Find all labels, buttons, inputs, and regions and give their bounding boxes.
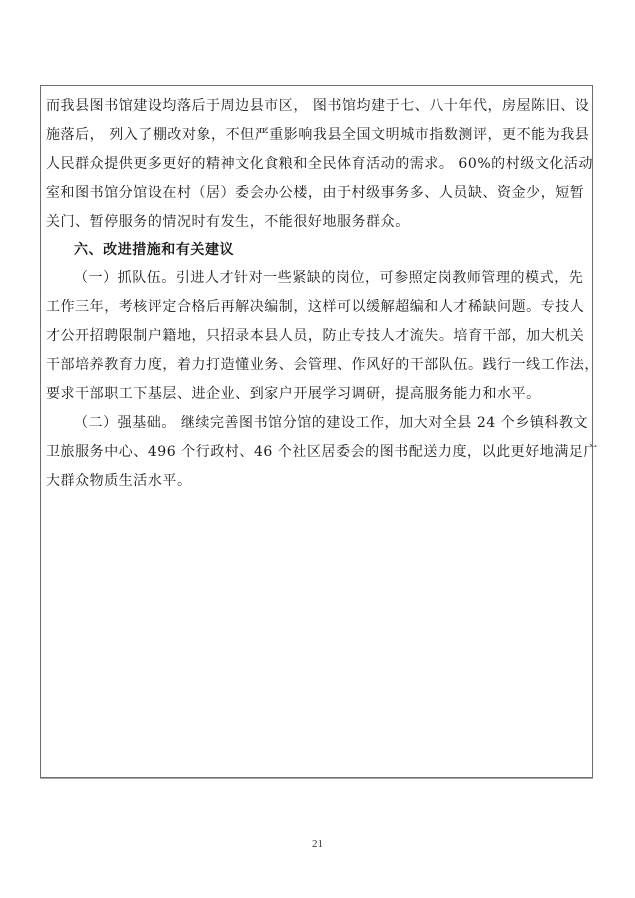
text-line: （二）强基础。 继续完善图书馆分馆的建设工作，加大对全县 24 个乡镇科教文 <box>46 409 591 438</box>
text-line: 才公开招聘限制户籍地，只招录本县人员，防止专技人才流失。培育干部，加大机关 <box>46 322 591 351</box>
text-line: 要求干部职工下基层、进企业、到家户开展学习调研，提高服务能力和水平。 <box>46 380 591 409</box>
text-line: 关门、暂停服务的情况时有发生，不能很好地服务群众。 <box>46 208 591 237</box>
text-line: 大群众物质生活水平。 <box>46 467 591 496</box>
paragraph-2: （二）强基础。 继续完善图书馆分馆的建设工作，加大对全县 24 个乡镇科教文 卫… <box>46 409 591 496</box>
text-line: 人民群众提供更多更好的精神文化食粮和全民体育活动的需求。 60%的村级文化活动 <box>46 150 591 179</box>
text-line: 工作三年，考核评定合格后再解决编制，这样可以缓解超编和人才稀缺问题。专技人 <box>46 293 591 322</box>
document-body: 而我县图书馆建设均落后于周边县市区， 图书馆均建于七、八十年代，房屋陈旧、设 施… <box>46 92 591 496</box>
text-line: 而我县图书馆建设均落后于周边县市区， 图书馆均建于七、八十年代，房屋陈旧、设 <box>46 92 591 121</box>
text-line: 卫旅服务中心、496 个行政村、46 个社区居委会的图书配送力度，以此更好地满足… <box>46 438 591 467</box>
section-heading: 六、改进措施和有关建议 <box>46 237 591 264</box>
page-number: 21 <box>0 838 635 850</box>
paragraph-1: （一）抓队伍。引进人才针对一些紧缺的岗位，可参照定岗教师管理的模式，先 工作三年… <box>46 264 591 409</box>
text-line: 干部培养教育力度，着力打造懂业务、会管理、作风好的干部队伍。践行一线工作法， <box>46 351 591 380</box>
text-line: （一）抓队伍。引进人才针对一些紧缺的岗位，可参照定岗教师管理的模式，先 <box>46 264 591 293</box>
text-line: 室和图书馆分馆设在村（居）委会办公楼，由于村级事务多、人员缺、资金少，短暂 <box>46 179 591 208</box>
paragraph-intro: 而我县图书馆建设均落后于周边县市区， 图书馆均建于七、八十年代，房屋陈旧、设 施… <box>46 92 591 237</box>
text-line: 施落后， 列入了棚改对象，不但严重影响我县全国文明城市指数测评，更不能为我县 <box>46 121 591 150</box>
